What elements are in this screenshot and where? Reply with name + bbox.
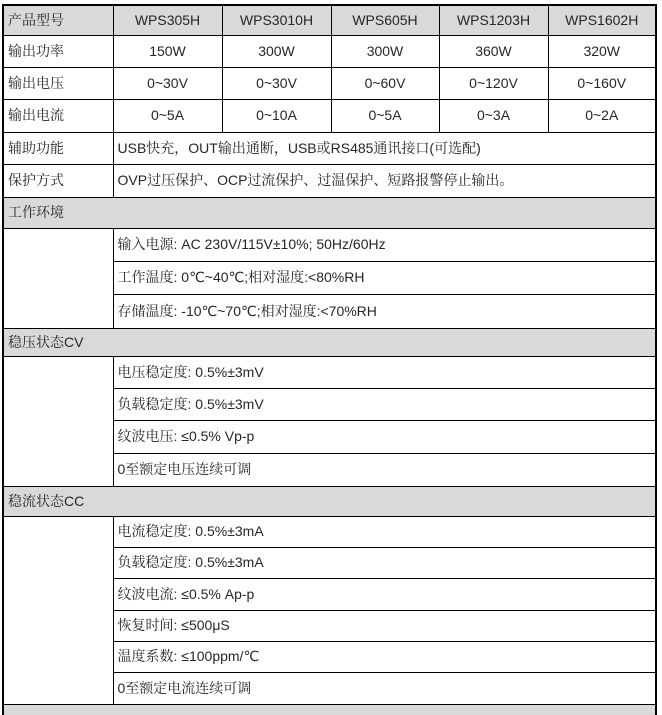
spec-row-label: 输出电流 <box>3 99 113 132</box>
section-detail-cell: 电流稳定度: 0.5%±3mA <box>113 516 656 547</box>
spec-value-cell: 0~3A <box>439 99 548 132</box>
table-row: 辅助功能 USB快充，OUT输出通断，USB或RS485通讯接口(可选配) <box>3 132 656 164</box>
product-model-cell: WPS305H <box>113 5 222 35</box>
section-header-row: 稳压状态CV <box>3 328 656 356</box>
spec-value-cell: 0~10A <box>222 99 331 132</box>
product-model-cell: WPS1602H <box>548 5 656 35</box>
spec-value-cell: 320W <box>548 35 656 67</box>
section-detail-cell: 恢复时间: ≤500μS <box>113 610 656 641</box>
section-header-row: 工作环境 <box>3 197 656 228</box>
spec-value-cell: 360W <box>439 35 548 67</box>
product-spec-table: 产品型号 WPS305H WPS3010H WPS605H WPS1203H W… <box>2 4 657 715</box>
spec-value-cell: 0~30V <box>113 67 222 99</box>
table-row: 输出功率 150W 300W 300W 360W 320W <box>3 35 656 67</box>
section-header-row: 稳流状态CC <box>3 486 656 516</box>
spec-value-cell: 0~120V <box>439 67 548 99</box>
section-title: 稳压状态CV <box>3 328 656 356</box>
section-detail-cell: 电压稳定度: 0.5%±3mV <box>113 356 656 388</box>
section-title: 工作环境 <box>3 197 656 228</box>
bottom-section-bar <box>3 704 656 715</box>
feature-row-value: OVP过压保护、OCP过流保护、过温保护、短路报警停止输出。 <box>113 164 656 197</box>
spec-row-label: 输出功率 <box>3 35 113 67</box>
section-detail-cell: 温度系数: ≤100ppm/℃ <box>113 641 656 672</box>
section-detail-cell: 负载稳定度: 0.5%±3mA <box>113 547 656 578</box>
spec-value-cell: 150W <box>113 35 222 67</box>
product-model-header-label: 产品型号 <box>3 5 113 35</box>
spec-value-cell: 0~160V <box>548 67 656 99</box>
feature-row-label: 辅助功能 <box>3 132 113 164</box>
table-row: 产品型号 WPS305H WPS3010H WPS605H WPS1203H W… <box>3 5 656 35</box>
table-row: 输入电源: AC 230V/115V±10%; 50Hz/60Hz <box>3 228 656 261</box>
spec-row-label: 输出电压 <box>3 67 113 99</box>
spec-value-cell: 0~60V <box>331 67 439 99</box>
spec-value-cell: 0~5A <box>331 99 439 132</box>
section-detail-cell: 纹波电流: ≤0.5% Ap-p <box>113 578 656 610</box>
feature-row-label: 保护方式 <box>3 164 113 197</box>
table-row: 输出电压 0~30V 0~30V 0~60V 0~120V 0~160V <box>3 67 656 99</box>
table-row: 输出电流 0~5A 0~10A 0~5A 0~3A 0~2A <box>3 99 656 132</box>
spec-value-cell: 0~30V <box>222 67 331 99</box>
empty-label-cell <box>3 516 113 704</box>
bottom-section-bar-cell <box>3 704 656 715</box>
spec-value-cell: 0~5A <box>113 99 222 132</box>
section-detail-cell: 负载稳定度: 0.5%±3mV <box>113 388 656 420</box>
product-model-cell: WPS605H <box>331 5 439 35</box>
section-detail-cell: 纹波电压: ≤0.5% Vp-p <box>113 420 656 453</box>
section-detail-cell: 0至额定电流连续可调 <box>113 672 656 704</box>
section-detail-cell: 输入电源: AC 230V/115V±10%; 50Hz/60Hz <box>113 228 656 261</box>
table-row: 保护方式 OVP过压保护、OCP过流保护、过温保护、短路报警停止输出。 <box>3 164 656 197</box>
section-detail-cell: 0至额定电压连续可调 <box>113 453 656 486</box>
empty-label-cell <box>3 356 113 486</box>
spec-sheet-page: 产品型号 WPS305H WPS3010H WPS605H WPS1203H W… <box>0 0 662 715</box>
table-row: 电压稳定度: 0.5%±3mV <box>3 356 656 388</box>
spec-value-cell: 300W <box>331 35 439 67</box>
spec-value-cell: 0~2A <box>548 99 656 132</box>
section-detail-cell: 存储温度: -10℃~70℃;相对湿度:<70%RH <box>113 294 656 328</box>
empty-label-cell <box>3 228 113 328</box>
section-title: 稳流状态CC <box>3 486 656 516</box>
table-row: 电流稳定度: 0.5%±3mA <box>3 516 656 547</box>
product-model-cell: WPS3010H <box>222 5 331 35</box>
section-detail-cell: 工作温度: 0℃~40℃;相对湿度:<80%RH <box>113 261 656 294</box>
spec-value-cell: 300W <box>222 35 331 67</box>
product-model-cell: WPS1203H <box>439 5 548 35</box>
feature-row-value: USB快充，OUT输出通断，USB或RS485通讯接口(可选配) <box>113 132 656 164</box>
